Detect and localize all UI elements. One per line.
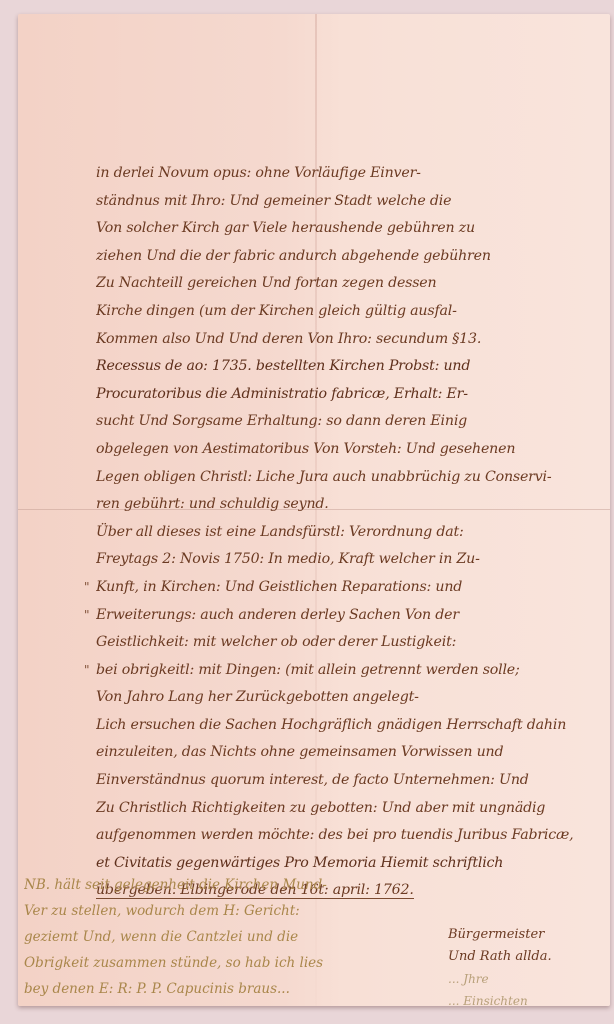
body-line: Procuratoribus die Administratio fabricæ… xyxy=(96,381,614,409)
body-line: ziehen Und die der fabric andurch abgehe… xyxy=(96,243,614,271)
body-line: Über all dieses ist eine Landsfürstl: Ve… xyxy=(96,519,614,547)
body-line: aufgenommen werden möchte: des bei pro t… xyxy=(96,822,614,850)
body-line: Freytags 2: Novis 1750: In medio, Kraft … xyxy=(96,546,614,574)
body-line: Von solcher Kirch gar Viele heraushende … xyxy=(96,215,614,243)
body-line: einzuleiten, das Nichts ohne gemeinsamen… xyxy=(96,739,614,767)
body-line-text: Kunft, in Kirchen: Und Geistlichen Repar… xyxy=(96,579,462,595)
body-line: "Kunft, in Kirchen: Und Geistlichen Repa… xyxy=(96,574,614,602)
signature-line: Bürgermeister xyxy=(448,924,614,946)
body-line: in derlei Novum opus: ohne Vorläufige Ei… xyxy=(96,160,614,188)
main-text-block: in derlei Novum opus: ohne Vorläufige Ei… xyxy=(96,160,614,905)
body-line-text: Erweiterungs: auch anderen derley Sachen… xyxy=(96,607,459,623)
body-line: Kommen also Und Und deren Von Ihro: secu… xyxy=(96,326,614,354)
nota-bene-block: NB. hält seit gelegenheit die Kirchen Mu… xyxy=(24,872,444,1002)
manuscript-page: in derlei Novum opus: ohne Vorläufige Ei… xyxy=(18,14,610,1006)
signature-line: ... Jhre xyxy=(448,968,614,990)
body-line-text: bei obrigkeitl: mit Dingen: (mit allein … xyxy=(96,662,520,678)
body-line: Zu Nachteill gereichen Und fortan zegen … xyxy=(96,270,614,298)
body-line: Von Jahro Lang her Zurückgebotten angele… xyxy=(96,684,614,712)
body-line: sucht Und Sorgsame Erhaltung: so dann de… xyxy=(96,408,614,436)
signature-line: Und Rath allda. xyxy=(448,946,614,968)
signature-block: Bürgermeister Und Rath allda. ... Jhre .… xyxy=(448,924,614,1012)
body-line: Zu Christlich Richtigkeiten zu gebotten:… xyxy=(96,795,614,823)
nb-line: bey denen E: R: P. P. Capucinis braus... xyxy=(24,976,444,1002)
body-line: Recessus de ao: 1735. bestellten Kirchen… xyxy=(96,353,614,381)
body-line: ständnus mit Ihro: Und gemeiner Stadt we… xyxy=(96,188,614,216)
body-line: Lich ersuchen die Sachen Hochgräflich gn… xyxy=(96,712,614,740)
body-line: obgelegen von Aestimatoribus Von Vorsteh… xyxy=(96,436,614,464)
body-line: "bei obrigkeitl: mit Dingen: (mit allein… xyxy=(96,657,614,685)
body-line: Kirche dingen (um der Kirchen gleich gül… xyxy=(96,298,614,326)
nb-line: Obrigkeit zusammen stünde, so hab ich li… xyxy=(24,950,444,976)
body-line: ren gebührt: und schuldig seynd. xyxy=(96,491,614,519)
body-line: Einverständnus quorum interest, de facto… xyxy=(96,767,614,795)
signature-line: ... Einsichten xyxy=(448,990,614,1012)
body-line: "Erweiterungs: auch anderen derley Sache… xyxy=(96,602,614,630)
nb-line: NB. hält seit gelegenheit die Kirchen Mu… xyxy=(24,872,444,898)
body-line: Geistlichkeit: mit welcher ob oder derer… xyxy=(96,629,614,657)
nb-line: Ver zu stellen, wodurch dem H: Gericht: xyxy=(24,898,444,924)
nb-line: geziemt Und, wenn die Cantzlei und die xyxy=(24,924,444,950)
body-line: Legen obligen Christl: Liche Jura auch u… xyxy=(96,464,614,492)
